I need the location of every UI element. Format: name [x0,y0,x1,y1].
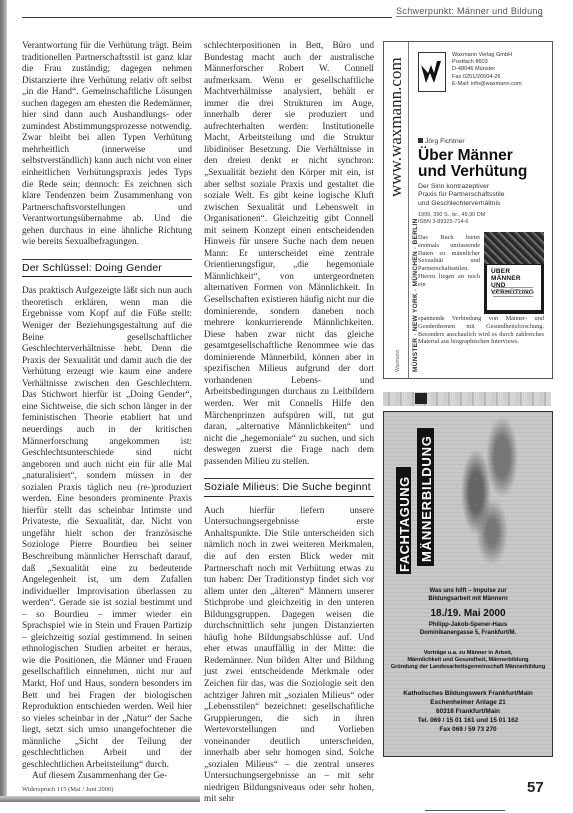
contact-line: Katholisches Bildungswerk Frankfurt/Main [384,690,552,697]
book-meta: 1999, 390 S., br., 49,90 DM ISBN 3-89325… [418,212,485,226]
event-line: Bildungsarbeit mit Männern [384,596,552,602]
running-head: Schwerpunkt: Männer und Bildung [396,6,543,17]
contact-line: 60318 Frankfurt/Main [384,708,552,715]
contact-fax: Fax 069 / 59 73 270 [384,726,552,733]
event-venue: Philipp-Jakob-Spener-Haus [384,622,552,628]
event-subtitle-vertical: MÄNNERBILDUNG [419,435,434,562]
waxmann-book-ad: www.waxmann.com Waxmann MÜNSTER · NEW YO… [383,41,553,379]
footer-citation: Widerspruch 115 (Mai / Juni 2000) [22,786,113,793]
bottom-rule [425,810,505,811]
event-line: Männlichkeit und Gesundheit, Männerbildu… [384,657,552,663]
book-cover-image: ÜBER MÄNNER UND VERHÜTUNG [484,232,544,314]
publisher-address: Waxmann Verlag GmbH Postfach 8603 D-4804… [452,52,522,88]
article-column-2: schlechterpositionen in Bett, Büro und B… [204,41,374,806]
publisher-small-label: Waxmann [395,350,401,372]
event-date: 18./19. Mai 2000 [384,608,552,619]
contact-line: Eschenheimer Anlage 21 [384,699,552,706]
paragraph: schlechterpositionen in Bett, Büro und B… [204,41,374,468]
page-spine-shadow [0,0,7,800]
fachtagung-ad: FACHTAGUNG MÄNNERBILDUNG Was uns hilft –… [383,411,553,757]
top-rule [22,17,392,18]
section-heading: Soziale Milieus: Die Suche beginnt [204,478,374,497]
event-line: Was uns hilft – Impulse zur [384,588,552,594]
paragraph: Das praktisch Aufgezeigte läßt sich nun … [22,286,192,771]
event-line: Vorträge u.a. zu Männer in Arbeit, [384,650,552,656]
publisher-url[interactable]: www.waxmann.com [386,37,406,197]
contact-phone: Tel. 069 / 15 01 161 und 15 01 162 [384,717,552,724]
book-title: Über Männer und Verhütung [418,148,527,180]
ad-blurb: Das Buch bietet erstmals umfassende Date… [418,234,480,288]
section-heading: Der Schlüssel: Doing Gender [22,259,192,278]
paragraph: Auch hierfür liefern unsere Untersuchung… [204,506,374,806]
event-title-vertical: FACHTAGUNG [397,476,412,572]
waxmann-logo-icon [418,52,446,92]
book-subtitle: Der Sinn kontrazeptiver Praxis für Partn… [418,183,505,208]
book-author: Jörg Fichtner [418,138,465,145]
page-bottom-shadow [0,796,200,802]
bullet-square-icon [418,138,423,143]
paragraph: Verantwortung für die Verhütung trägt. B… [22,41,192,249]
decorative-strip-mark [415,393,427,404]
ad-blurb-continued: spannende Verbindung von Männer- und Gen… [418,315,544,346]
page-number: 57 [527,779,544,796]
article-column-1: Verantwortung für die Verhütung trägt. B… [22,41,192,783]
event-line: Gründung der Landesarbeitsgemeinschaft M… [384,664,552,670]
event-address: Dominikanergasse 5, Frankfurt/M. [384,630,552,636]
decorative-strip [383,392,551,406]
paragraph: Auf diesem Zusammenhang der Ge- [22,771,192,783]
